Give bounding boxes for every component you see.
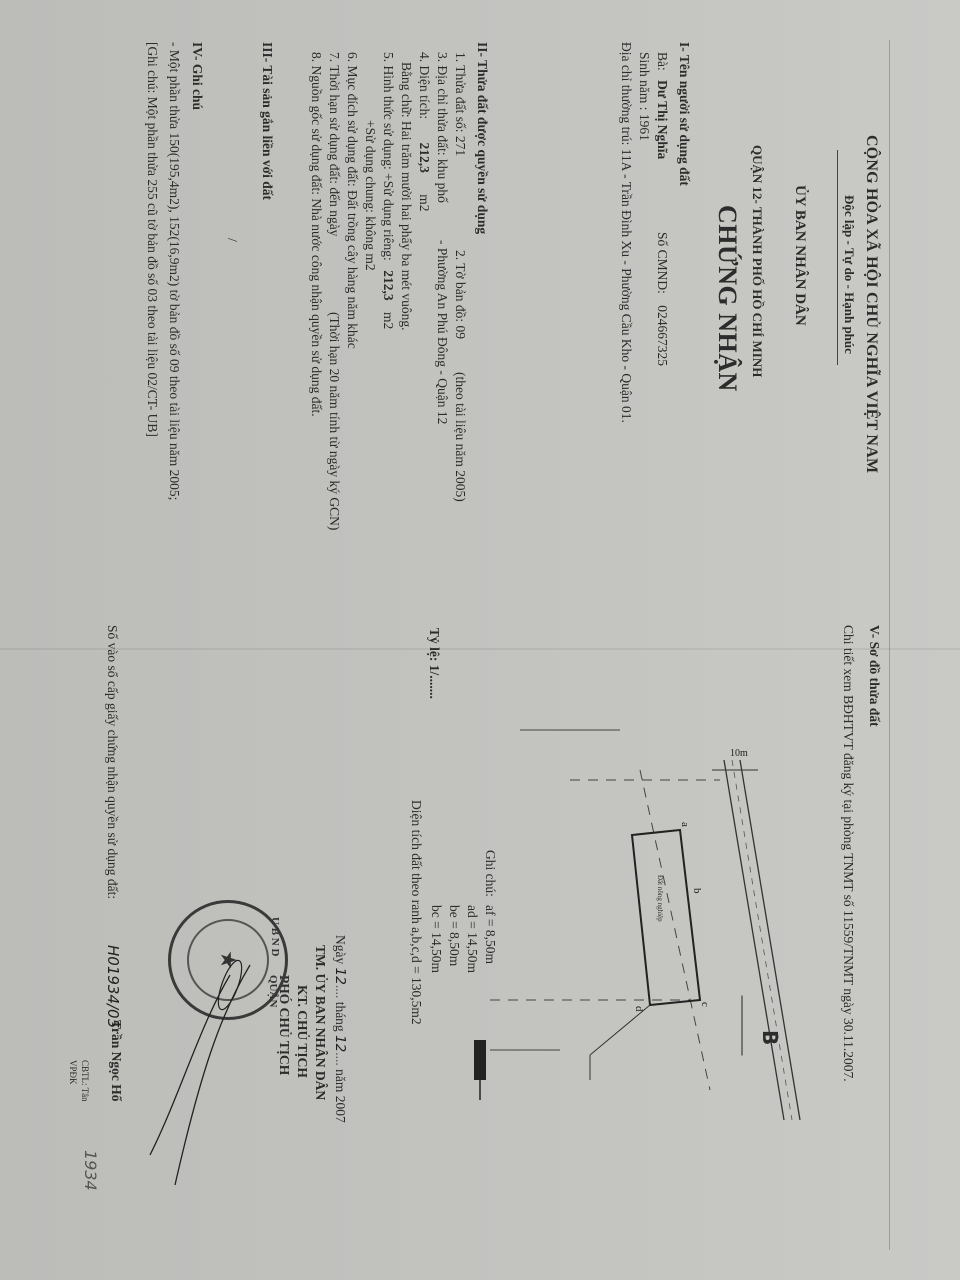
- private-area-unit: m2: [381, 312, 396, 329]
- area-in-words: Bằng chữ: Hai trăm mười hai phẩy ba mét …: [398, 62, 414, 330]
- area-by-boundary: Diện tích đất theo ranh a,b,c,d = 130,5m…: [408, 800, 424, 1025]
- vertex-a: a: [679, 822, 691, 827]
- sketch-note-be: be = 8,50m: [446, 905, 462, 966]
- note-2: [Ghi chú: Một phần thửa 255 cũ tờ bản đồ…: [144, 42, 160, 437]
- north-arrow-label: B: [758, 1030, 782, 1045]
- motto: Độc lập - Tự do - Hạnh phúc: [841, 195, 857, 354]
- signer-org: TM. ỦY BAN NHÂN DÂN: [312, 945, 328, 1100]
- vertex-b: b: [691, 888, 703, 894]
- land-purpose: 6. Mục đích sử dụng đất: Đất trồng cây h…: [344, 52, 360, 349]
- dimension-10m: 10m: [730, 748, 748, 759]
- republic-heading: CỘNG HÒA XÃ HỘI CHỦ NGHĨA VIỆT NAM: [862, 135, 880, 473]
- committee-heading: ỦY BAN NHÂN DÂN: [791, 185, 808, 326]
- fold-crease: [0, 648, 960, 650]
- owner-label: Bà:: [655, 52, 670, 71]
- date-month: 12: [332, 1035, 348, 1052]
- sketch-note-ad: ad = 14,50m: [464, 905, 480, 973]
- sketch-note-af: af = 8,50m: [482, 905, 498, 964]
- area-label: 4. Diện tích:: [417, 52, 432, 119]
- section-1-heading: I- Tên người sử dụng đất: [676, 42, 692, 186]
- signer-name: Trần Ngọc Hổ: [108, 1020, 124, 1102]
- north-arrow-icon: [742, 996, 743, 1056]
- parcel-number: 1. Thửa đất số: 271: [452, 52, 468, 156]
- id-label: Số CMND:: [655, 232, 670, 294]
- section-4-heading: IV- Ghi chú: [189, 42, 205, 110]
- birth-year: Sinh năm : 1961: [636, 52, 652, 141]
- section-3-heading: III- Tài sản gắn liền với đất: [259, 42, 275, 200]
- term-note: (Thời hạn 20 năm tính từ ngày ký GCN): [326, 312, 342, 530]
- signature-scribble: [140, 955, 260, 1195]
- seal-text-right: QUẬN: [267, 975, 279, 1007]
- date-year: năm 2007: [333, 1069, 348, 1123]
- page-edge-line: [889, 40, 890, 1250]
- registry-number: H01934/05: [104, 945, 122, 1028]
- signing-date: Ngày 12.... tháng 12.... năm 2007: [332, 935, 348, 1123]
- cbtl-label: CBTL: Tân: [80, 1060, 90, 1102]
- month-prefix: tháng: [333, 1002, 348, 1032]
- id-row: Số CMND: 024667325: [654, 232, 670, 366]
- motto-underline: [837, 150, 838, 365]
- sketch-scale: Tỷ lệ: 1/.......: [426, 628, 442, 699]
- term-label: 7. Thời hạn sử dụng đất: đến ngày: [326, 52, 342, 236]
- parcel-address-value: - Phường An Phú Đông - Quận 12: [434, 240, 450, 424]
- registry-label: Số vào sổ cấp giấy chứng nhận quyền sử d…: [104, 625, 120, 899]
- signer-kt: KT. CHỦ TỊCH: [294, 985, 310, 1078]
- section-2-heading: II- Thửa đất được quyền sử dụng: [474, 42, 490, 234]
- area-row: 4. Diện tích: 212,3 m2: [416, 52, 432, 212]
- permanent-address: Địa chỉ thường trú: 11A - Trần Đình Xu -…: [618, 42, 634, 423]
- sketch-reference: Chi tiết xem BĐHTVT đăng ký tại phòng TN…: [840, 625, 856, 1082]
- district-heading: QUẬN 12- THÀNH PHỐ HỒ CHÍ MINH: [749, 145, 765, 377]
- plot-type-label: Đất nông nghiệp: [656, 875, 664, 922]
- shared-use: +Sử dụng chung: không m2: [362, 120, 378, 271]
- sketch-notes-label: Ghi chú:: [482, 850, 498, 897]
- note-1: - Một phần thửa 150(195,4m2), 152(16,9m2…: [166, 42, 182, 500]
- area-value: 212,3: [417, 143, 432, 173]
- section-5-heading: V- Sơ đồ thửa đất: [866, 625, 882, 727]
- date-day: 12: [332, 968, 348, 985]
- parcel-address-label: 3. Địa chỉ thửa đất: khu phố: [434, 52, 450, 203]
- seal-text-top: U B N D: [269, 917, 281, 956]
- owner-name: Dư Thị Nghĩa: [655, 80, 670, 159]
- usage-form: 5. Hình thức sử dụng: +Sử dụng riêng:: [381, 52, 396, 261]
- sketch-note-bc: bc = 14,50m: [428, 905, 444, 973]
- map-source: (theo tài liệu năm 2005): [452, 372, 468, 502]
- private-area: 212,3: [381, 270, 396, 300]
- area-unit: m2: [417, 194, 432, 211]
- parcel-sketch: Đất nông nghiệp a b c d 10m: [460, 700, 820, 1120]
- handwritten-number: 1934: [81, 1150, 100, 1191]
- land-use-certificate: CỘNG HÒA XÃ HỘI CHỦ NGHĨA VIỆT NAM Độc l…: [0, 0, 960, 1280]
- document-title: CHỨNG NHẬN: [712, 205, 742, 392]
- land-origin: 8. Nguồn gốc sử dụng đất: Nhà nước công …: [308, 52, 324, 417]
- vertex-c: c: [699, 1002, 711, 1007]
- id-value: 024667325: [655, 305, 670, 366]
- attached-assets-value: /: [224, 238, 240, 242]
- vpdk-label: VPĐK: [68, 1060, 78, 1085]
- date-prefix: Ngày: [333, 935, 348, 964]
- usage-form-row: 5. Hình thức sử dụng: +Sử dụng riêng: 21…: [380, 52, 396, 329]
- map-sheet: 2. Tờ bản đồ: 09: [452, 250, 468, 339]
- owner-row: Bà: Dư Thị Nghĩa: [654, 52, 670, 159]
